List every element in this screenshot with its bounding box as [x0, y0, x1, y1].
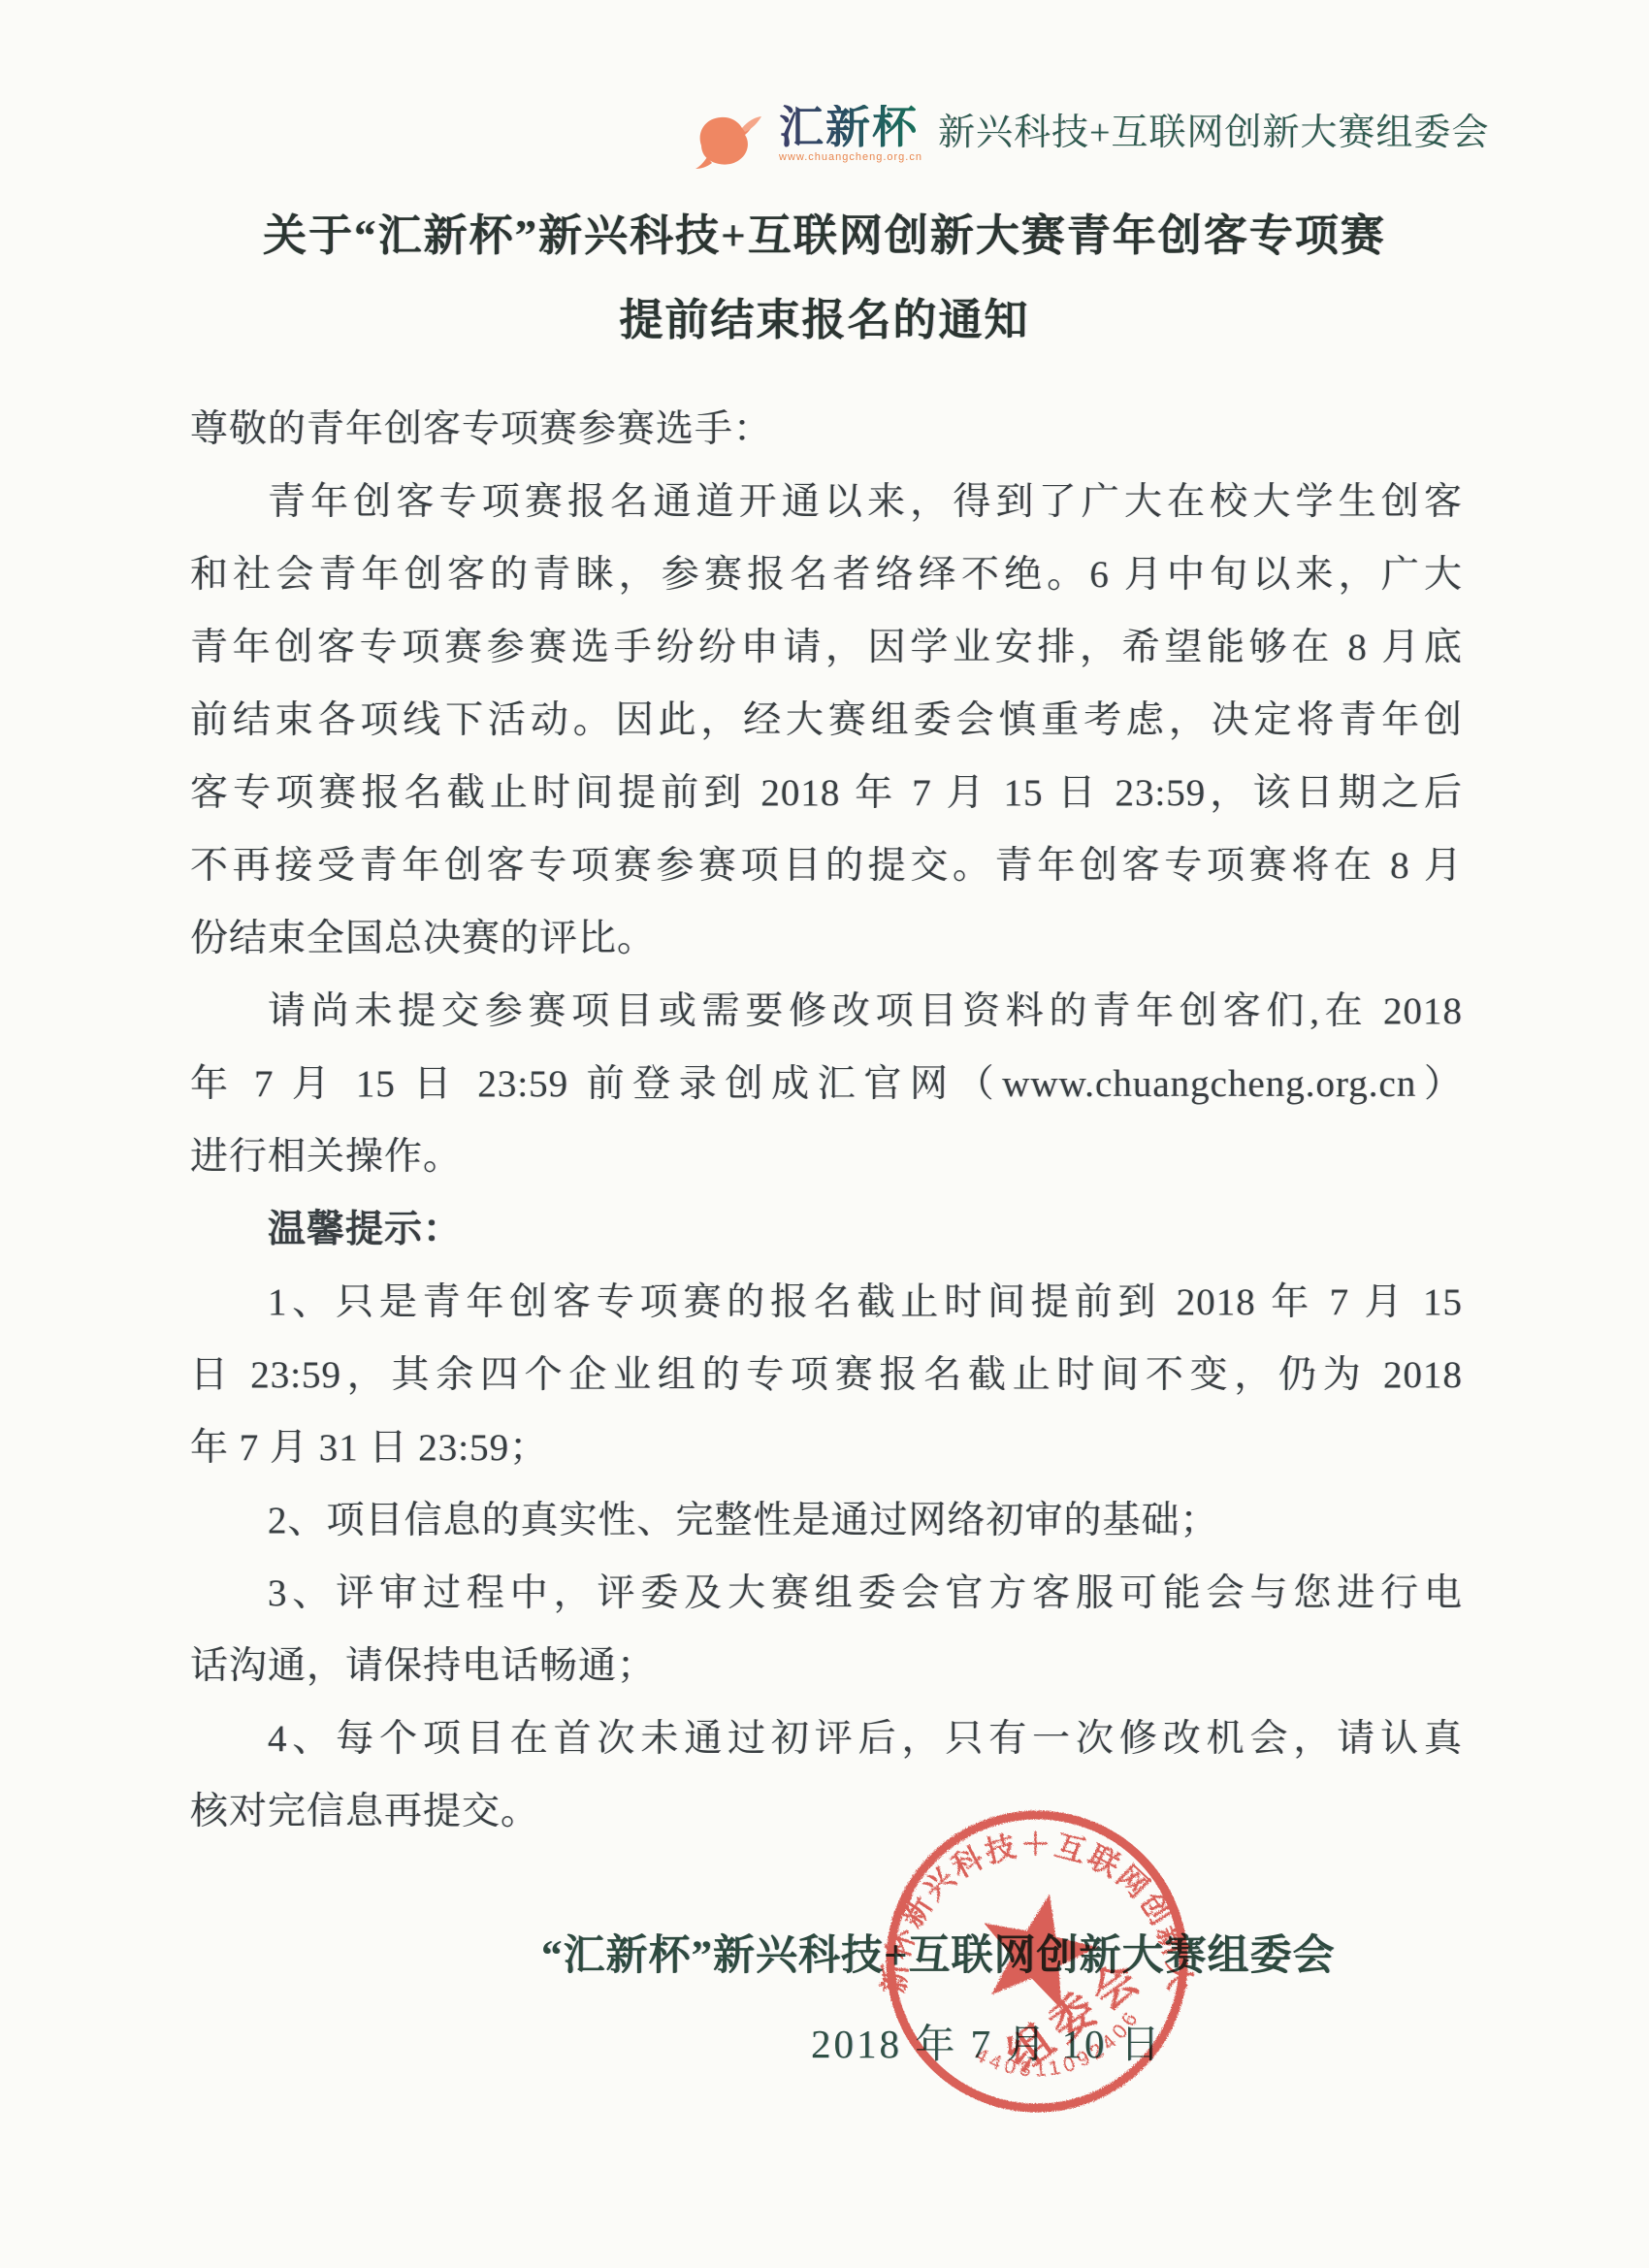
body-line: 核对完信息再提交。	[190, 1775, 1463, 1848]
body-line: 年 7 月 31 日 23:59；	[190, 1411, 1463, 1484]
bird-logo-icon	[694, 109, 773, 173]
organizer-name: 新兴科技+互联网创新大赛组委会	[938, 113, 1489, 153]
body-line: 前结束各项线下活动。因此，经大赛组委会慎重考虑，决定将青年创	[190, 684, 1463, 757]
body-line: 年 7 月 15 日 23:59 前登录创成汇官网（www.chuangchen…	[190, 1048, 1463, 1120]
body-line: 尊敬的青年创客专项赛参赛选手：	[190, 393, 1463, 466]
body-line: 进行相关操作。	[190, 1120, 1463, 1193]
body-line: 4、每个项目在首次未通过初评后，只有一次修改机会，请认真	[190, 1702, 1463, 1775]
body-line: 请尚未提交参赛项目或需要修改项目资料的青年创客们,在 2018	[190, 975, 1463, 1048]
body-line: 和社会青年创客的青睐，参赛报名者络绎不绝。6 月中旬以来，广大	[190, 538, 1463, 611]
body-line: 2、项目信息的真实性、完整性是通过网络初审的基础；	[190, 1484, 1463, 1557]
body-line: 份结束全国总决赛的评比。	[190, 902, 1463, 975]
body-line: 日 23:59，其余四个企业组的专项赛报名截止时间不变，仍为 2018	[190, 1339, 1463, 1411]
logo-text-block: 汇新杯 www.chuangcheng.org.cn	[779, 105, 922, 163]
body-line: 话沟通，请保持电话畅通；	[190, 1630, 1463, 1702]
document-title: 关于“汇新杯”新兴科技+互联网创新大赛青年创客专项赛 提前结束报名的通知	[0, 194, 1649, 363]
title-line-1: 关于“汇新杯”新兴科技+互联网创新大赛青年创客专项赛	[0, 194, 1649, 278]
title-line-2: 提前结束报名的通知	[0, 278, 1649, 363]
body-line: 青年创客专项赛报名通道开通以来，得到了广大在校大学生创客	[190, 466, 1463, 538]
body-line: 温馨提示：	[190, 1193, 1463, 1266]
document-page: 汇新杯 www.chuangcheng.org.cn 新兴科技+互联网创新大赛组…	[0, 0, 1649, 2268]
document-body: 尊敬的青年创客专项赛参赛选手：青年创客专项赛报名通道开通以来，得到了广大在校大学…	[190, 393, 1463, 1848]
header-logo: 汇新杯 www.chuangcheng.org.cn 新兴科技+互联网创新大赛组…	[694, 105, 1489, 175]
body-line: 1、只是青年创客专项赛的报名截止时间提前到 2018 年 7 月 15	[190, 1266, 1463, 1339]
body-line: 3、评审过程中，评委及大赛组委会官方客服可能会与您进行电	[190, 1557, 1463, 1630]
official-seal-stamp: 汇新杯新兴科技＋互联网创新大赛 组委会 440311092406	[876, 1800, 1198, 2122]
logo-url: www.chuangcheng.org.cn	[779, 151, 922, 163]
body-line: 青年创客专项赛参赛选手纷纷申请，因学业安排，希望能够在 8 月底	[190, 611, 1463, 684]
body-line: 不再接受青年创客专项赛参赛项目的提交。青年创客专项赛将在 8 月	[190, 829, 1463, 902]
body-line: 客专项赛报名截止时间提前到 2018 年 7 月 15 日 23:59，该日期之…	[190, 757, 1463, 829]
logo-wordmark: 汇新杯	[779, 105, 919, 149]
